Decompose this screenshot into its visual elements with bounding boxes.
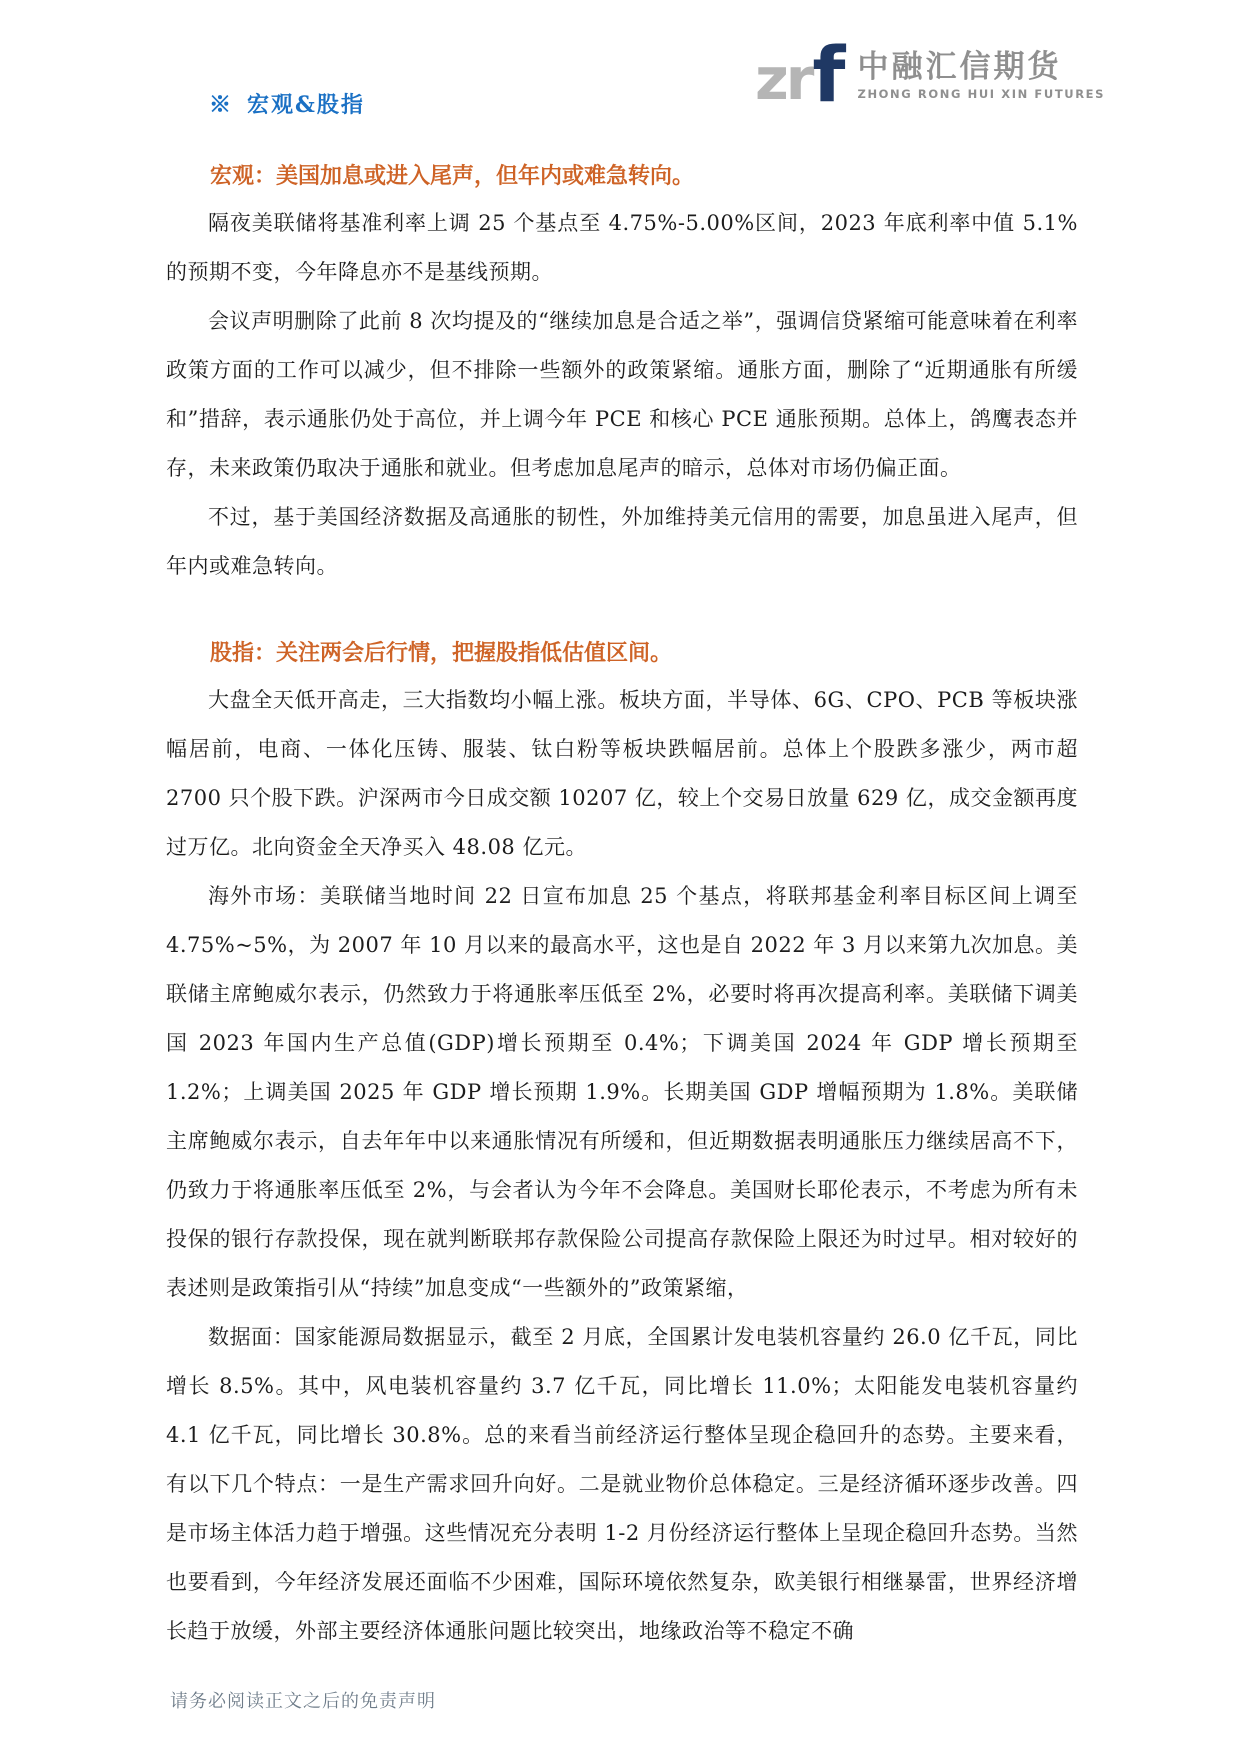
- paragraph: 大盘全天低开高走，三大指数均小幅上涨。板块方面，半导体、6G、CPO、PCB 等…: [166, 676, 1078, 872]
- paragraph: 海外市场：美联储当地时间 22 日宣布加息 25 个基点，将联邦基金利率目标区间…: [166, 872, 1078, 1313]
- macro-section-heading: 宏观：美国加息或进入尾声，但年内或难急转向。: [166, 160, 1078, 193]
- stock-index-section-body: 大盘全天低开高走，三大指数均小幅上涨。板块方面，半导体、6G、CPO、PCB 等…: [166, 676, 1078, 1656]
- paragraph: 隔夜美联储将基准利率上调 25 个基点至 4.75%-5.00%区间，2023 …: [166, 199, 1078, 297]
- report-content: 宏观：美国加息或进入尾声，但年内或难急转向。 隔夜美联储将基准利率上调 25 个…: [166, 160, 1078, 1656]
- stock-index-section-heading: 股指：关注两会后行情，把握股指低估值区间。: [166, 637, 1078, 670]
- report-page: ※宏观&股指 zr f 中融汇信期货 ZHONG RONG HUI XIN FU…: [0, 0, 1241, 1755]
- section-tag-label: 宏观&股指: [247, 92, 365, 118]
- macro-section-body: 隔夜美联储将基准利率上调 25 个基点至 4.75%-5.00%区间，2023 …: [166, 199, 1078, 591]
- paragraph: 不过，基于美国经济数据及高通胀的韧性，外加维持美元信用的需要，加息虽进入尾声，但…: [166, 493, 1078, 591]
- reference-mark-icon: ※: [209, 92, 233, 118]
- zrf-logo-wordmark-icon: zr f: [755, 48, 845, 103]
- section-tag: ※宏观&股指: [209, 88, 365, 119]
- logo-company-name-cn: 中融汇信期货: [858, 50, 1106, 84]
- paragraph: 会议声明删除了此前 8 次均提及的“继续加息是合适之举”，强调信贷紧缩可能意味着…: [166, 297, 1078, 493]
- footer-disclaimer: 请务必阅读正文之后的免责声明: [170, 1687, 436, 1713]
- logo-text-block: 中融汇信期货 ZHONG RONG HUI XIN FUTURES: [858, 50, 1106, 103]
- logo-company-name-en: ZHONG RONG HUI XIN FUTURES: [858, 87, 1106, 101]
- zrf-logo: zr f 中融汇信期货 ZHONG RONG HUI XIN FUTURES: [755, 48, 1105, 103]
- paragraph: 数据面：国家能源局数据显示，截至 2 月底，全国累计发电装机容量约 26.0 亿…: [166, 1313, 1078, 1656]
- logo-f-letter: f: [812, 48, 845, 103]
- logo-zr-letters: zr: [755, 57, 811, 102]
